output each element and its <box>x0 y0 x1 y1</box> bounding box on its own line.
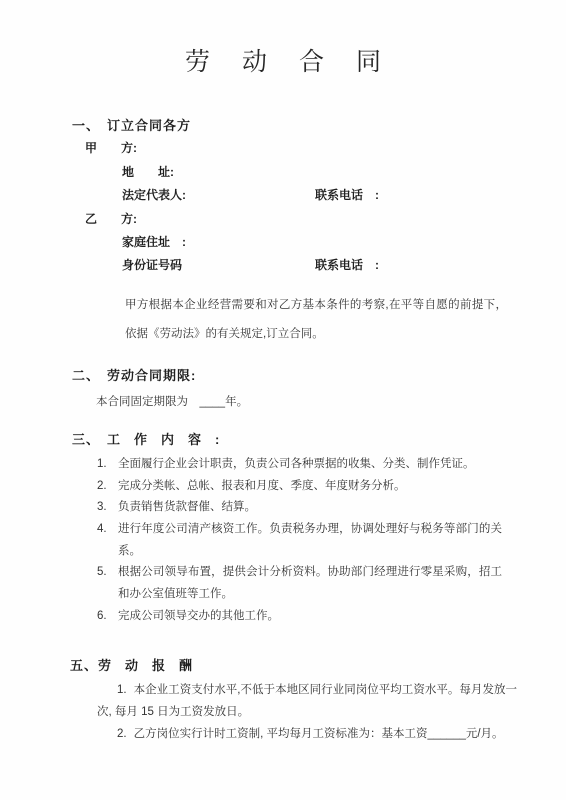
term-body: 本合同固定期限为 ____年。 <box>96 391 566 414</box>
work-item-text: 完成分类帐、总帐、报表和月度、季度、年度财务分析。 <box>118 476 502 498</box>
party-b-row: 乙 方: <box>85 208 566 231</box>
work-item-text: 全面履行企业会计职责，负责公司各种票据的收集、分类、制作凭证。 <box>118 454 502 476</box>
contract-document: 劳动合同 一、订立合同各方 甲 方: 地 址: 法定代表人:联系电话 : 乙 方… <box>0 0 566 800</box>
pay-item-text: 本企业工资支付水平,不低于本地区同行业同岗位平均工资水平。每月发放一次, 每月 … <box>97 684 517 718</box>
section-work: 三、工作内容: 1.全面履行企业会计职责，负责公司各种票据的收集、分类、制作凭证… <box>72 429 566 628</box>
work-items-list: 1.全面履行企业会计职责，负责公司各种票据的收集、分类、制作凭证。 2.完成分类… <box>97 454 566 628</box>
work-item-text: 根据公司领导布置，提供会计分析资料。协助部门经理进行零星采购，招工和办公室值班等… <box>118 562 502 605</box>
legal-rep-row: 法定代表人:联系电话 : <box>122 184 566 207</box>
section-heading-text: 订立合同各方 <box>107 118 191 133</box>
id-number-row: 身份证号码联系电话 : <box>122 254 566 277</box>
work-item-number: 4. <box>97 519 118 562</box>
work-item-number: 5. <box>97 562 118 605</box>
pay-item-number: 2. <box>117 728 127 740</box>
section-number: 五、 <box>70 655 98 677</box>
work-item-text: 负责销售货款督催、结算。 <box>118 497 502 519</box>
section-term: 二、劳动合同期限: 本合同固定期限为 ____年。 <box>72 364 566 414</box>
work-item: 3.负责销售货款督催、结算。 <box>97 497 566 519</box>
section-pay-heading: 五、劳动报酬 <box>70 655 566 677</box>
pay-item-text: 乙方岗位实行计时工资制, 平均每月工资标准为：基本工资______元/月。 <box>134 728 504 740</box>
phone-b-label: 联系电话 : <box>315 254 379 277</box>
section-number: 三、 <box>72 429 100 451</box>
work-item-number: 1. <box>97 454 118 476</box>
pay-item: 2.乙方岗位实行计时工资制, 平均每月工资标准为：基本工资______元/月。 <box>97 724 517 746</box>
home-address-row: 家庭住址 : <box>122 231 566 254</box>
section-term-heading: 二、劳动合同期限: <box>72 364 566 387</box>
address-label: 地 址: <box>122 165 174 179</box>
work-item-text: 完成公司领导交办的其他工作。 <box>118 606 502 628</box>
work-item: 2.完成分类帐、总帐、报表和月度、季度、年度财务分析。 <box>97 476 566 498</box>
section-work-heading: 三、工作内容: <box>72 429 566 451</box>
work-item: 5.根据公司领导布置，提供会计分析资料。协助部门经理进行零星采购，招工和办公室值… <box>97 562 566 605</box>
legal-rep-label: 法定代表人: <box>122 188 186 202</box>
address-row: 地 址: <box>122 161 566 184</box>
pay-item-number: 1. <box>117 684 127 696</box>
party-b-label: 乙 方: <box>85 212 137 226</box>
intro-paragraph: 甲方根据本企业经营需要和对乙方基本条件的考察,在平等自愿的前提下，依据《劳动法》… <box>125 291 507 349</box>
pay-items-list: 1.本企业工资支付水平,不低于本地区同行业同岗位平均工资水平。每月发放一次, 每… <box>97 680 566 745</box>
document-title: 劳动合同 <box>0 50 566 76</box>
section-pay: 五、劳动报酬 1.本企业工资支付水平,不低于本地区同行业同岗位平均工资水平。每月… <box>70 655 566 745</box>
section-parties: 一、订立合同各方 甲 方: 地 址: 法定代表人:联系电话 : 乙 方: 家庭住… <box>72 114 566 278</box>
pay-item: 1.本企业工资支付水平,不低于本地区同行业同岗位平均工资水平。每月发放一次, 每… <box>97 680 517 723</box>
section-heading-text: 劳动报酬 <box>98 658 206 673</box>
work-item-number: 2. <box>97 476 118 498</box>
work-item: 4.进行年度公司清产核资工作。负责税务办理，协调处理好与税务等部门的关系。 <box>97 519 566 562</box>
party-a-row: 甲 方: <box>85 137 566 160</box>
section-number: 二、 <box>72 364 100 387</box>
work-item-number: 3. <box>97 497 118 519</box>
work-item: 6.完成公司领导交办的其他工作。 <box>97 606 566 628</box>
phone-a-label: 联系电话 : <box>315 184 379 207</box>
home-address-label: 家庭住址 : <box>122 235 186 249</box>
section-heading-text: 劳动合同期限: <box>107 368 196 383</box>
work-item: 1.全面履行企业会计职责，负责公司各种票据的收集、分类、制作凭证。 <box>97 454 566 476</box>
work-item-number: 6. <box>97 606 118 628</box>
id-number-label: 身份证号码 <box>122 258 182 272</box>
section-parties-heading: 一、订立合同各方 <box>72 114 566 137</box>
party-a-label: 甲 方: <box>85 141 137 155</box>
section-heading-text: 工作内容: <box>107 432 233 447</box>
work-item-text: 进行年度公司清产核资工作。负责税务办理，协调处理好与税务等部门的关系。 <box>118 519 502 562</box>
section-number: 一、 <box>72 114 100 137</box>
